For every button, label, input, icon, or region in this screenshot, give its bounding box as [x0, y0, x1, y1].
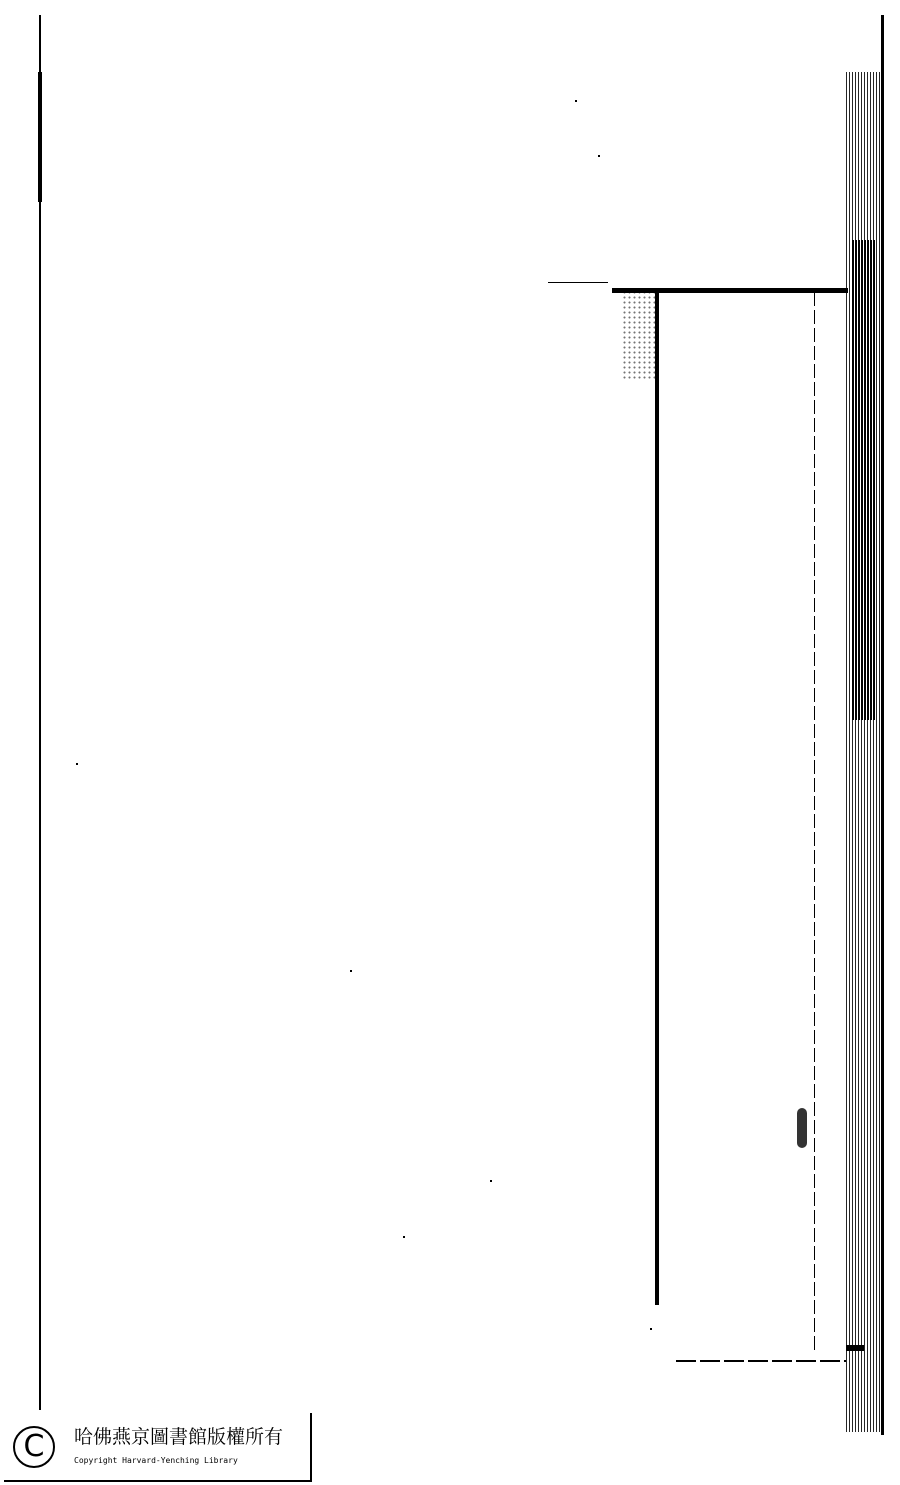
speck [490, 1180, 492, 1182]
speck [598, 155, 600, 157]
left-page-edge [39, 15, 41, 1410]
label-frame-corner-noise [622, 290, 656, 380]
copyright-symbol-icon: C [13, 1426, 55, 1468]
right-page-edge [881, 15, 884, 1435]
label-frame-inner-rule [814, 292, 815, 1352]
speck [76, 763, 78, 765]
speck [350, 970, 352, 972]
scanned-page: C 哈佛燕京圖書館版權所有 Copyright Harvard-Yenching… [0, 0, 900, 1485]
speck [403, 1236, 405, 1238]
label-frame-left [655, 290, 659, 1305]
copyright-subtitle: Copyright Harvard-Yenching Library [74, 1456, 238, 1465]
ink-stain [797, 1108, 807, 1148]
speck [575, 100, 577, 102]
copyright-notice: C 哈佛燕京圖書館版權所有 Copyright Harvard-Yenching… [4, 1413, 312, 1482]
label-frame-top-extension [548, 282, 608, 283]
label-frame-bottom [676, 1360, 846, 1362]
label-frame-corner-mark [846, 1345, 864, 1351]
speck [650, 1328, 652, 1330]
copyright-title: 哈佛燕京圖書館版權所有 [74, 1422, 283, 1449]
left-page-edge-shadow [38, 72, 42, 202]
book-spine-title-area [852, 240, 876, 720]
